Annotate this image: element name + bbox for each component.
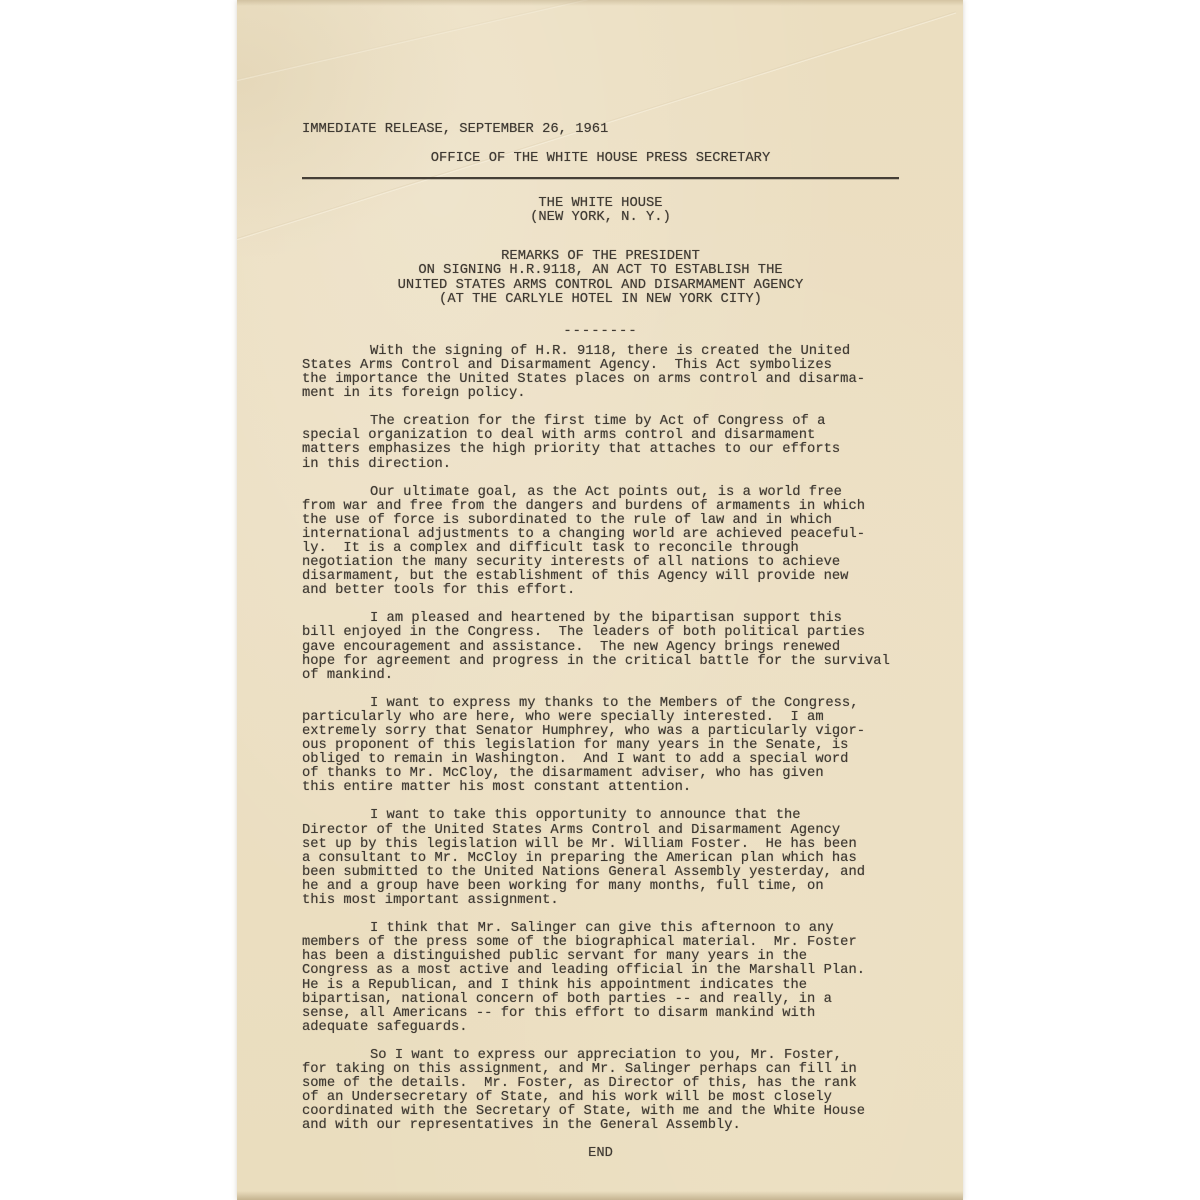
scan-background: IMMEDIATE RELEASE, SEPTEMBER 26, 1961 OF… — [0, 0, 1200, 1200]
office-line: OFFICE OF THE WHITE HOUSE PRESS SECRETAR… — [302, 152, 899, 166]
press-release-page: IMMEDIATE RELEASE, SEPTEMBER 26, 1961 OF… — [237, 0, 963, 1200]
document-body: With the signing of H.R. 9118, there is … — [302, 345, 899, 1134]
location-line: (NEW YORK, N. Y.) — [302, 211, 899, 225]
body-paragraph: So I want to express our appreciation to… — [302, 1049, 899, 1134]
end-mark: END — [302, 1147, 899, 1161]
separator-dashes: -------- — [302, 325, 899, 339]
title-line: (AT THE CARLYLE HOTEL IN NEW YORK CITY) — [302, 293, 899, 307]
release-date-line: IMMEDIATE RELEASE, SEPTEMBER 26, 1961 — [302, 123, 899, 137]
divider-rule — [302, 177, 899, 179]
body-paragraph: The creation for the first time by Act o… — [302, 415, 899, 471]
title-block: REMARKS OF THE PRESIDENTON SIGNING H.R.9… — [302, 250, 899, 306]
body-paragraph: I want to take this opportunity to annou… — [302, 809, 899, 908]
title-line: UNITED STATES ARMS CONTROL AND DISARMAME… — [302, 279, 899, 293]
body-paragraph: Our ultimate goal, as the Act points out… — [302, 486, 899, 599]
document-content: IMMEDIATE RELEASE, SEPTEMBER 26, 1961 OF… — [237, 0, 963, 1162]
body-paragraph: I think that Mr. Salinger can give this … — [302, 922, 899, 1035]
body-paragraph: With the signing of H.R. 9118, there is … — [302, 345, 899, 401]
title-line: ON SIGNING H.R.9118, AN ACT TO ESTABLISH… — [302, 264, 899, 278]
location-block: THE WHITE HOUSE(NEW YORK, N. Y.) — [302, 197, 899, 225]
paper-bottom-edge — [237, 1191, 963, 1200]
body-paragraph: I am pleased and heartened by the bipart… — [302, 612, 899, 682]
body-paragraph: I want to express my thanks to the Membe… — [302, 697, 899, 796]
